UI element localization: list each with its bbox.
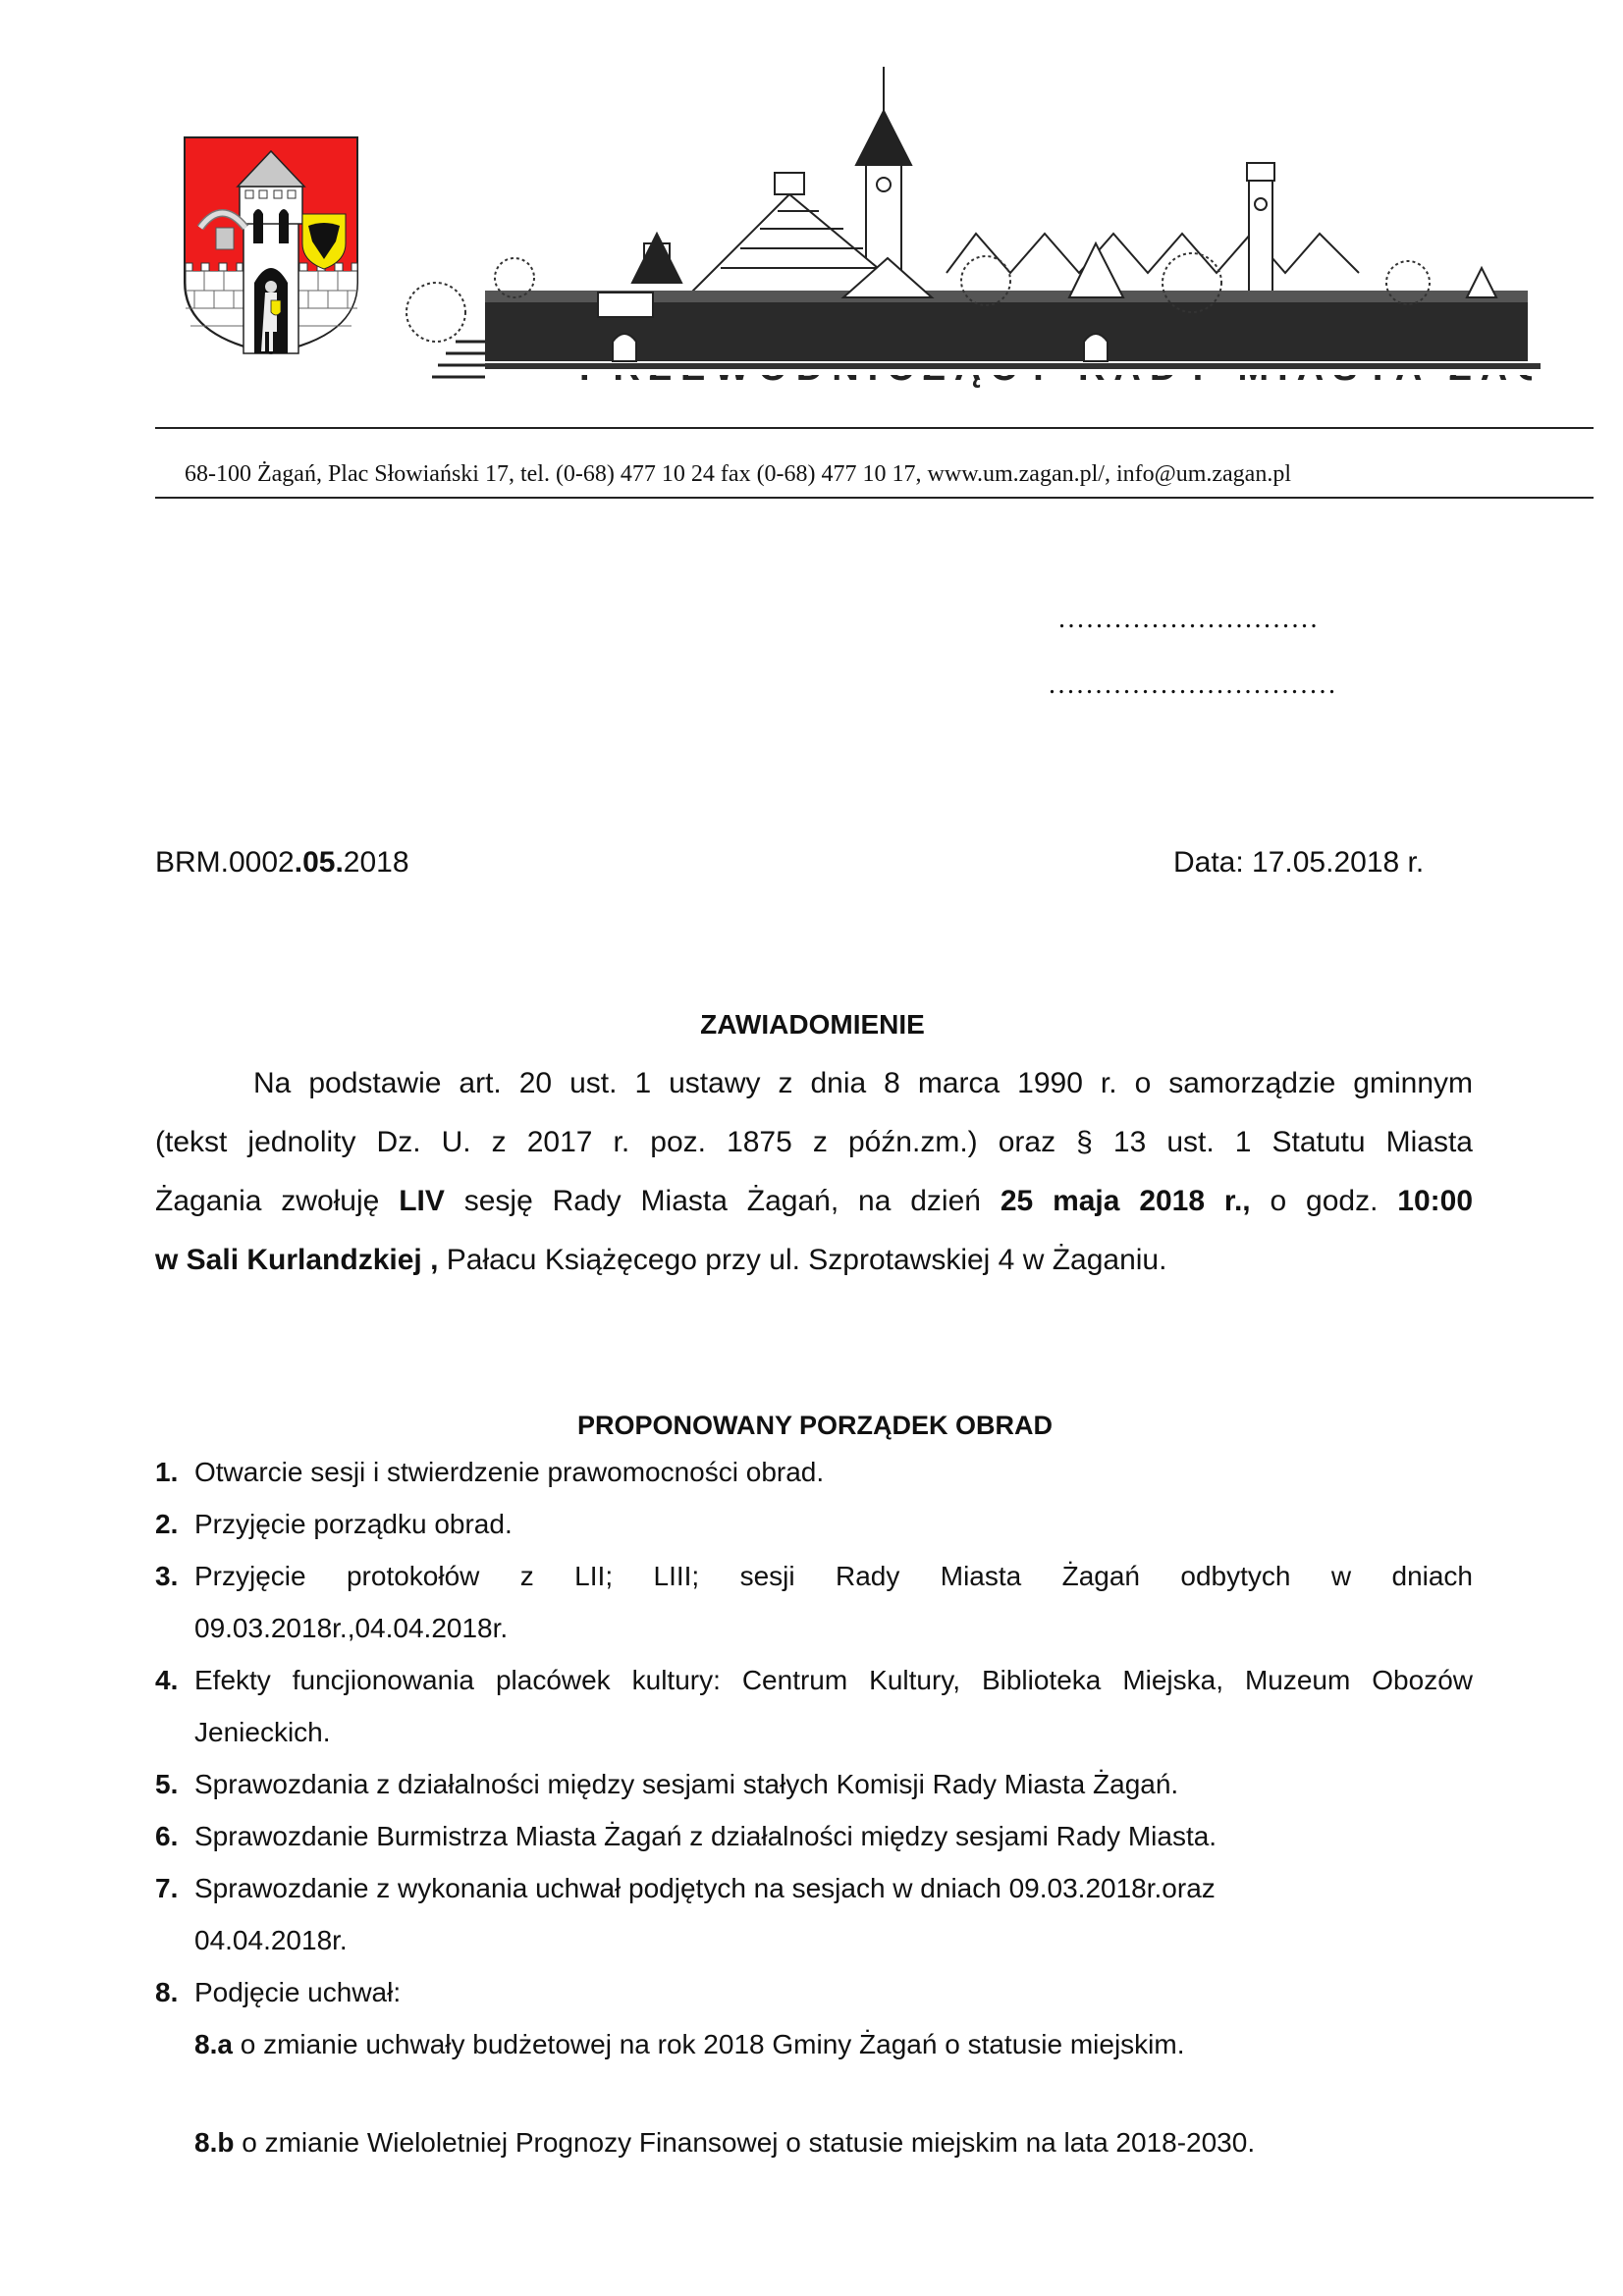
header-rule-bottom — [155, 497, 1594, 499]
agenda-title: PROPONOWANY PORZĄDEK OBRAD — [0, 1411, 1623, 1441]
agenda-item-text: Sprawozdanie Burmistrza Miasta Żagań z d… — [194, 1821, 1217, 1851]
agenda-list: 1.Otwarcie sesji i stwierdzenie prawomoc… — [155, 1453, 1473, 2181]
recipient-line-2: ............................... — [1049, 669, 1338, 701]
reference-bold: .05. — [295, 846, 344, 879]
agenda-item-number: 5. — [155, 1765, 194, 1804]
agenda-item-text: Przyjęcie protokołów z LII; LIII; sesji … — [194, 1561, 1473, 1591]
subitem-text: o zmianie uchwały budżetowej na rok 2018… — [233, 2029, 1185, 2059]
notice-text: (tekst jednolity Dz. U. z 2017 r. poz. 1… — [155, 1126, 1473, 1158]
agenda-item-text: Efekty funcjionowania placówek kultury: … — [194, 1665, 1473, 1695]
notice-line: Na podstawie art. 20 ust. 1 ustawy z dni… — [155, 1064, 1473, 1123]
session-venue: w Sali Kurlandzkiej , — [155, 1244, 438, 1276]
subitem-letter: b — [217, 2127, 234, 2158]
agenda-item: 2.Przyjęcie porządku obrad. — [155, 1505, 1473, 1557]
subitem-number: 8. — [194, 2029, 217, 2059]
letterhead-title-text: PRZEWODNICZĄCY RADY MIASTA ŻAGAŃ — [579, 375, 1532, 387]
notice-text: o godz. — [1251, 1185, 1398, 1217]
agenda-item-number: 2. — [155, 1505, 194, 1544]
agenda-item-number: 7. — [155, 1869, 194, 1908]
agenda-item-text: Przyjęcie porządku obrad. — [194, 1509, 513, 1539]
agenda-item-text: Sprawozdanie z wykonania uchwał podjętyc… — [194, 1873, 1216, 1903]
agenda-item-continuation: 09.03.2018r.,04.04.2018r. — [155, 1609, 1473, 1661]
agenda-item-number: 4. — [155, 1661, 194, 1700]
agenda-item-continuation: Jenieckich. — [155, 1713, 1473, 1765]
coat-of-arms-icon — [183, 135, 359, 356]
notice-title: ZAWIADOMIENIE — [0, 1009, 1623, 1041]
agenda-item-text: Otwarcie sesji i stwierdzenie prawomocno… — [194, 1457, 824, 1487]
agenda-item-text: Sprawozdania z działalności między sesja… — [194, 1769, 1178, 1799]
agenda-item-number: 3. — [155, 1557, 194, 1596]
session-number: LIV — [399, 1185, 445, 1217]
reference-prefix: BRM.0002 — [155, 846, 295, 879]
agenda-subitem: 8.a o zmianie uchwały budżetowej na rok … — [155, 2025, 1473, 2077]
notice-line: w Sali Kurlandzkiej , Pałacu Książęcego … — [155, 1241, 1473, 1300]
agenda-item: 1.Otwarcie sesji i stwierdzenie prawomoc… — [155, 1453, 1473, 1505]
agenda-subitem: 8.b o zmianie Wieloletniej Prognozy Fina… — [155, 2123, 1473, 2175]
reference-number: BRM.0002.05.2018 — [155, 837, 409, 888]
document-date: Data: 17.05.2018 r. — [1173, 837, 1424, 888]
notice-text: Pałacu Książęcego przy ul. Szprotawskiej… — [438, 1244, 1166, 1276]
agenda-item: 6.Sprawozdanie Burmistrza Miasta Żagań z… — [155, 1817, 1473, 1869]
notice-text: Żagania zwołuję — [155, 1185, 399, 1217]
town-skyline-image — [397, 47, 1557, 386]
reference-suffix: 2018 — [344, 846, 409, 879]
notice-text: sesję Rady Miasta Żagań, na dzień — [445, 1185, 1001, 1217]
letterhead-title-clipped: PRZEWODNICZĄCY RADY MIASTA ŻAGAŃ — [579, 375, 1532, 389]
agenda-item-number: 6. — [155, 1817, 194, 1856]
subitem-text: o zmianie Wieloletniej Prognozy Finansow… — [234, 2127, 1255, 2158]
subitem-letter: a — [217, 2029, 233, 2059]
letterhead-address: 68-100 Żagań, Plac Słowiański 17, tel. (… — [185, 461, 1291, 488]
agenda-item: 4.Efekty funcjionowania placówek kultury… — [155, 1661, 1473, 1713]
session-date: 25 maja 2018 r., — [1001, 1185, 1251, 1217]
agenda-item-text: Podjęcie uchwał: — [194, 1977, 401, 2007]
agenda-item-number: 1. — [155, 1453, 194, 1492]
notice-line: Żagania zwołuję LIV sesję Rady Miasta Ża… — [155, 1182, 1473, 1241]
agenda-item-number: 8. — [155, 1973, 194, 2012]
agenda-item-continuation: 04.04.2018r. — [155, 1921, 1473, 1973]
session-time: 10:00 — [1397, 1185, 1473, 1217]
notice-paragraph: Na podstawie art. 20 ust. 1 ustawy z dni… — [155, 1064, 1473, 1300]
agenda-item: 7.Sprawozdanie z wykonania uchwał podjęt… — [155, 1869, 1473, 1921]
notice-line: (tekst jednolity Dz. U. z 2017 r. poz. 1… — [155, 1123, 1473, 1182]
recipient-line-1: ............................ — [1058, 604, 1320, 635]
subitem-number: 8. — [194, 2127, 217, 2158]
agenda-item: 8.Podjęcie uchwał: — [155, 1973, 1473, 2025]
notice-text: Na podstawie art. 20 ust. 1 ustawy z dni… — [253, 1067, 1473, 1099]
header-rule-top — [155, 427, 1594, 429]
agenda-item: 5.Sprawozdania z działalności między ses… — [155, 1765, 1473, 1817]
spacer — [155, 2077, 1473, 2129]
agenda-item: 3.Przyjęcie protokołów z LII; LIII; sesj… — [155, 1557, 1473, 1609]
